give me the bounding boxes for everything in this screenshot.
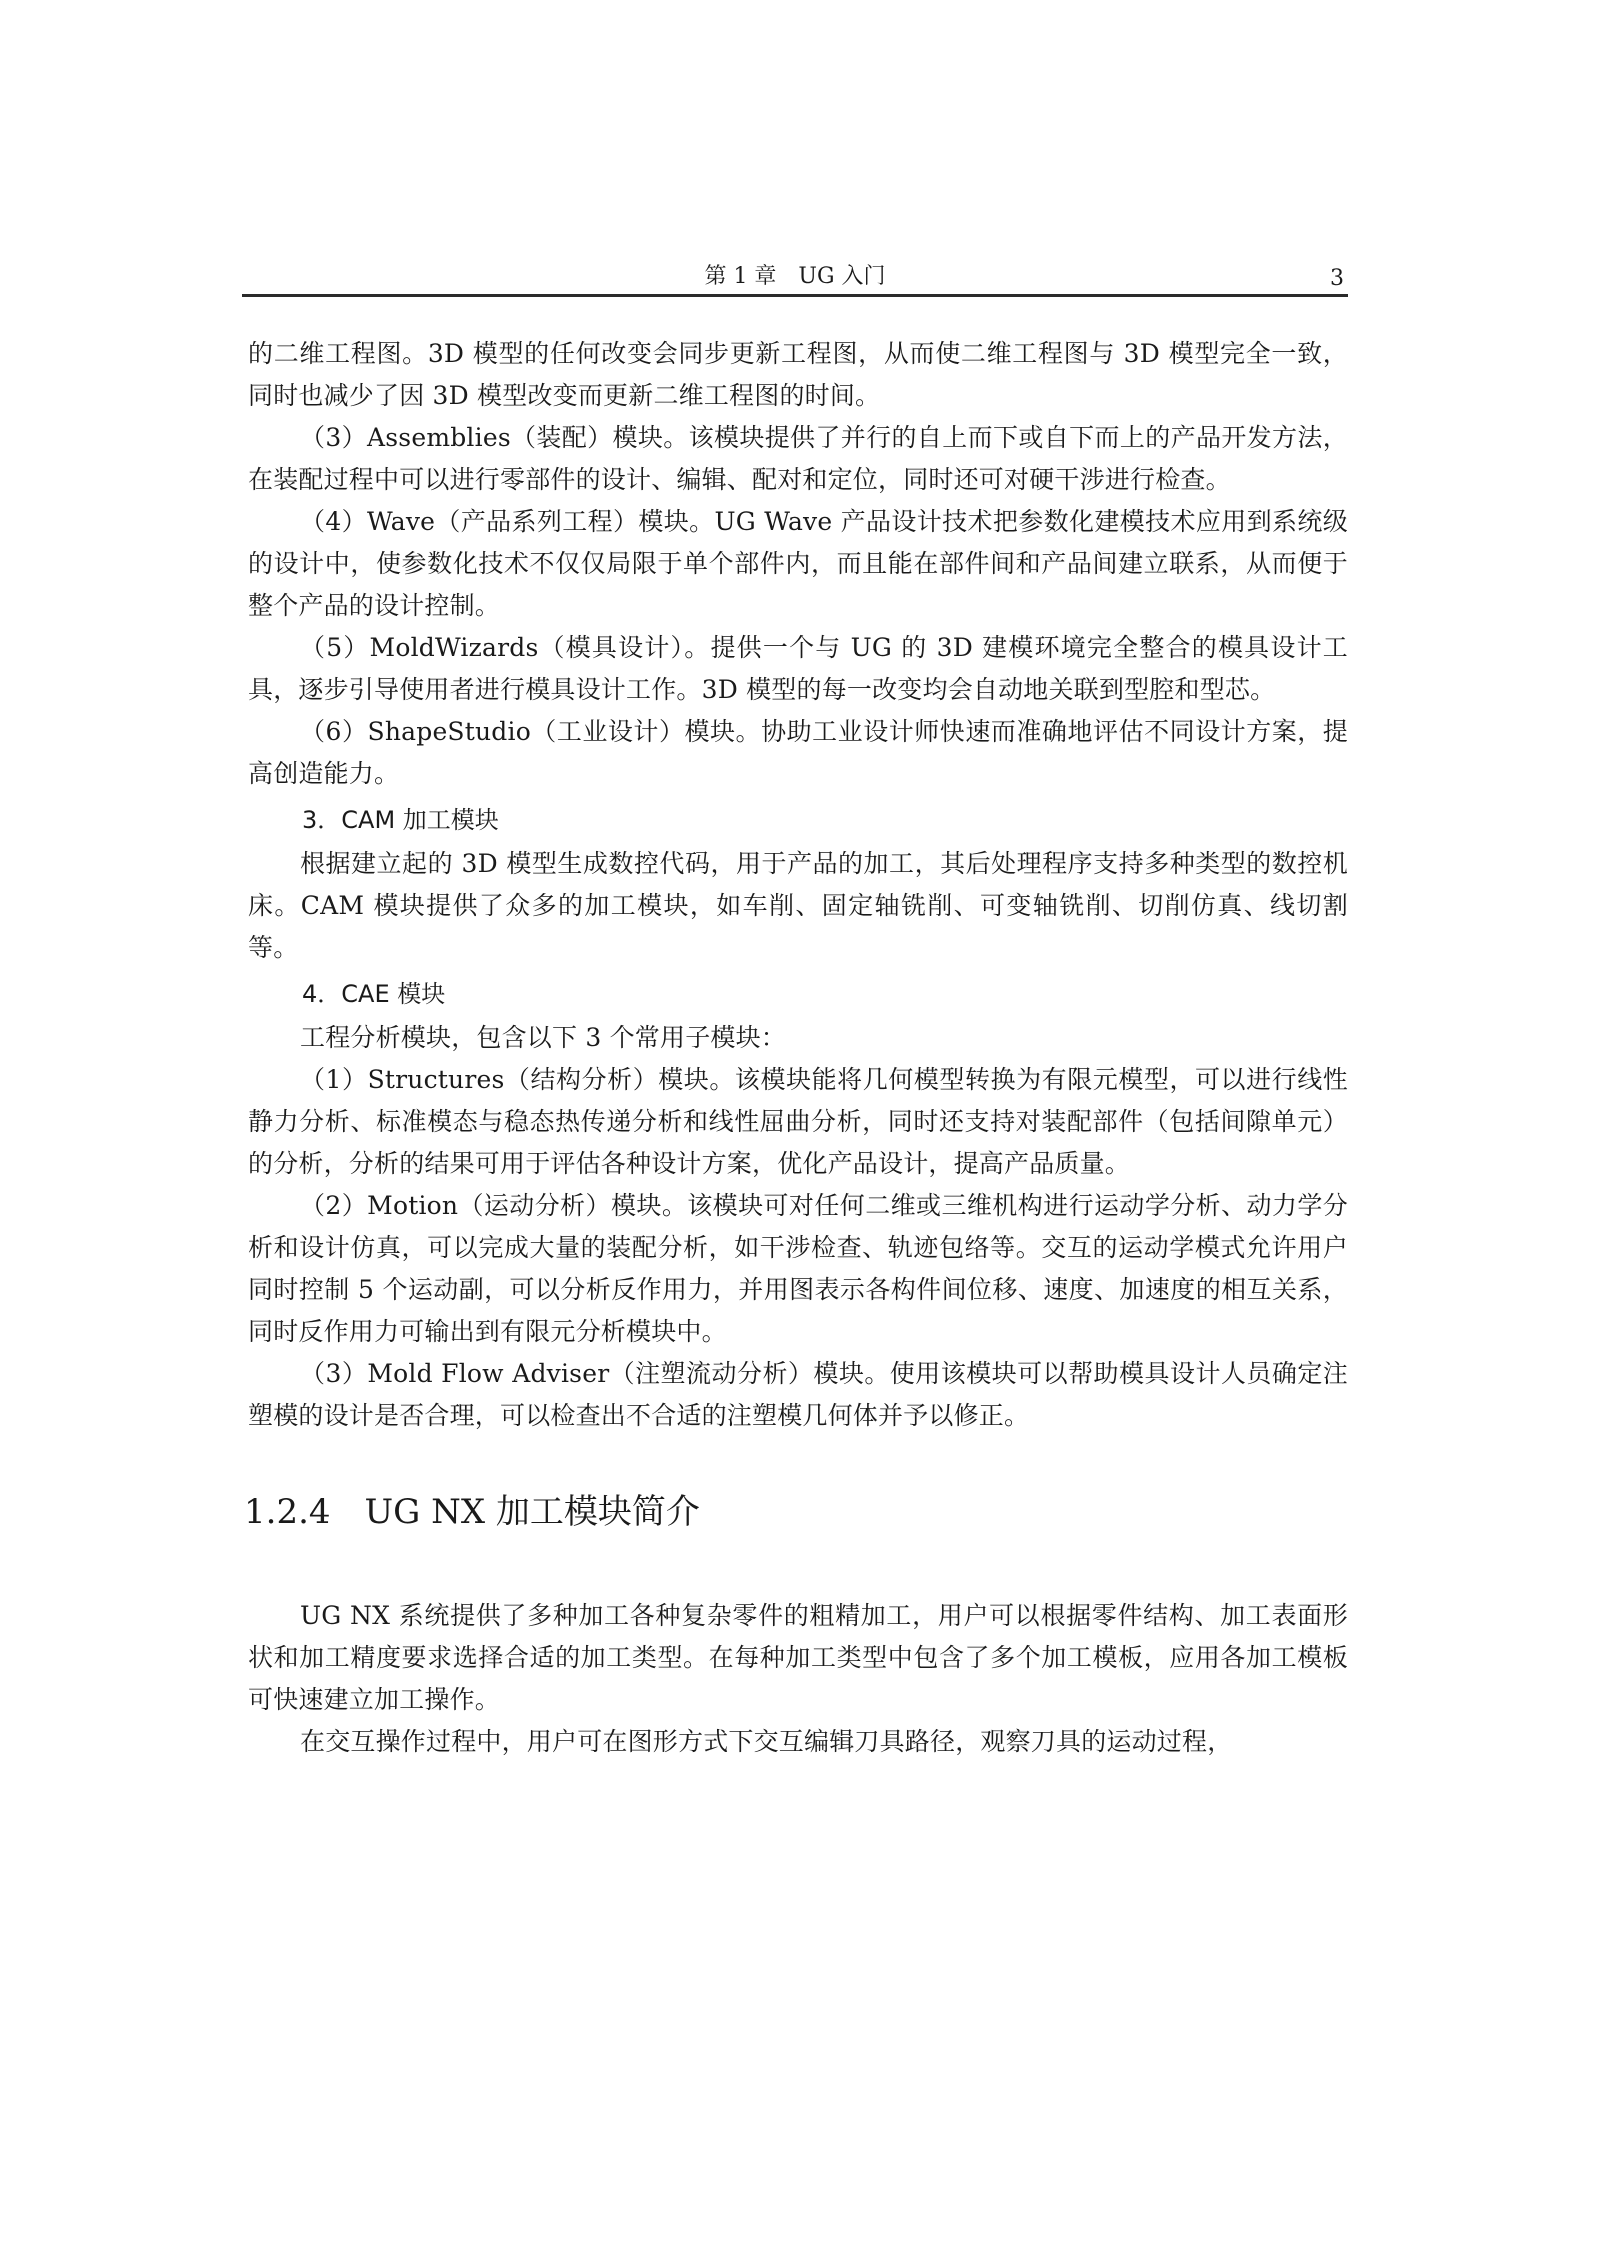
- paragraph-cam: 根据建立起的 3D 模型生成数控代码，用于产品的加工，其后处理程序支持多种类型的…: [248, 843, 1348, 969]
- paragraph-motion: （2）Motion（运动分析）模块。该模块可对任何二维或三维机构进行运动学分析、…: [248, 1185, 1348, 1353]
- paragraph-shapestudio: （6）ShapeStudio（工业设计）模块。协助工业设计师快速而准确地评估不同…: [248, 711, 1348, 795]
- page-number: 3: [1330, 266, 1344, 292]
- section-title-text: UG NX 加工模块简介: [365, 1492, 700, 1532]
- paragraph-wave: （4）Wave（产品系列工程）模块。UG Wave 产品设计技术把参数化建模技术…: [248, 501, 1348, 627]
- paragraph-cae-intro: 工程分析模块，包含以下 3 个常用子模块：: [248, 1017, 1348, 1059]
- chapter-title: 第 1 章 UG 入门: [242, 264, 1348, 290]
- paragraph-assemblies: （3）Assemblies（装配）模块。该模块提供了并行的自上而下或自下而上的产…: [248, 417, 1348, 501]
- heading-cae: 4．CAE 模块: [248, 971, 1348, 1017]
- paragraph-interactive: 在交互操作过程中，用户可在图形方式下交互编辑刀具路径，观察刀具的运动过程，: [248, 1721, 1348, 1763]
- paragraph-continued: 的二维工程图。3D 模型的任何改变会同步更新工程图，从而使二维工程图与 3D 模…: [248, 333, 1348, 417]
- paragraph-ugnx-intro: UG NX 系统提供了多种加工各种复杂零件的粗精加工，用户可以根据零件结构、加工…: [248, 1595, 1348, 1721]
- body-text: 的二维工程图。3D 模型的任何改变会同步更新工程图，从而使二维工程图与 3D 模…: [248, 333, 1348, 1763]
- section-heading-1-2-4: 1.2.4UG NX 加工模块简介: [244, 1487, 1348, 1537]
- paragraph-moldwizards: （5）MoldWizards（模具设计）。提供一个与 UG 的 3D 建模环境完…: [248, 627, 1348, 711]
- heading-cam: 3．CAM 加工模块: [248, 797, 1348, 843]
- paragraph-structures: （1）Structures（结构分析）模块。该模块能将几何模型转换为有限元模型，…: [248, 1059, 1348, 1185]
- section-number: 1.2.4: [244, 1492, 331, 1532]
- running-header: 第 1 章 UG 入门 3: [242, 262, 1348, 297]
- paragraph-moldflow: （3）Mold Flow Adviser（注塑流动分析）模块。使用该模块可以帮助…: [248, 1353, 1348, 1437]
